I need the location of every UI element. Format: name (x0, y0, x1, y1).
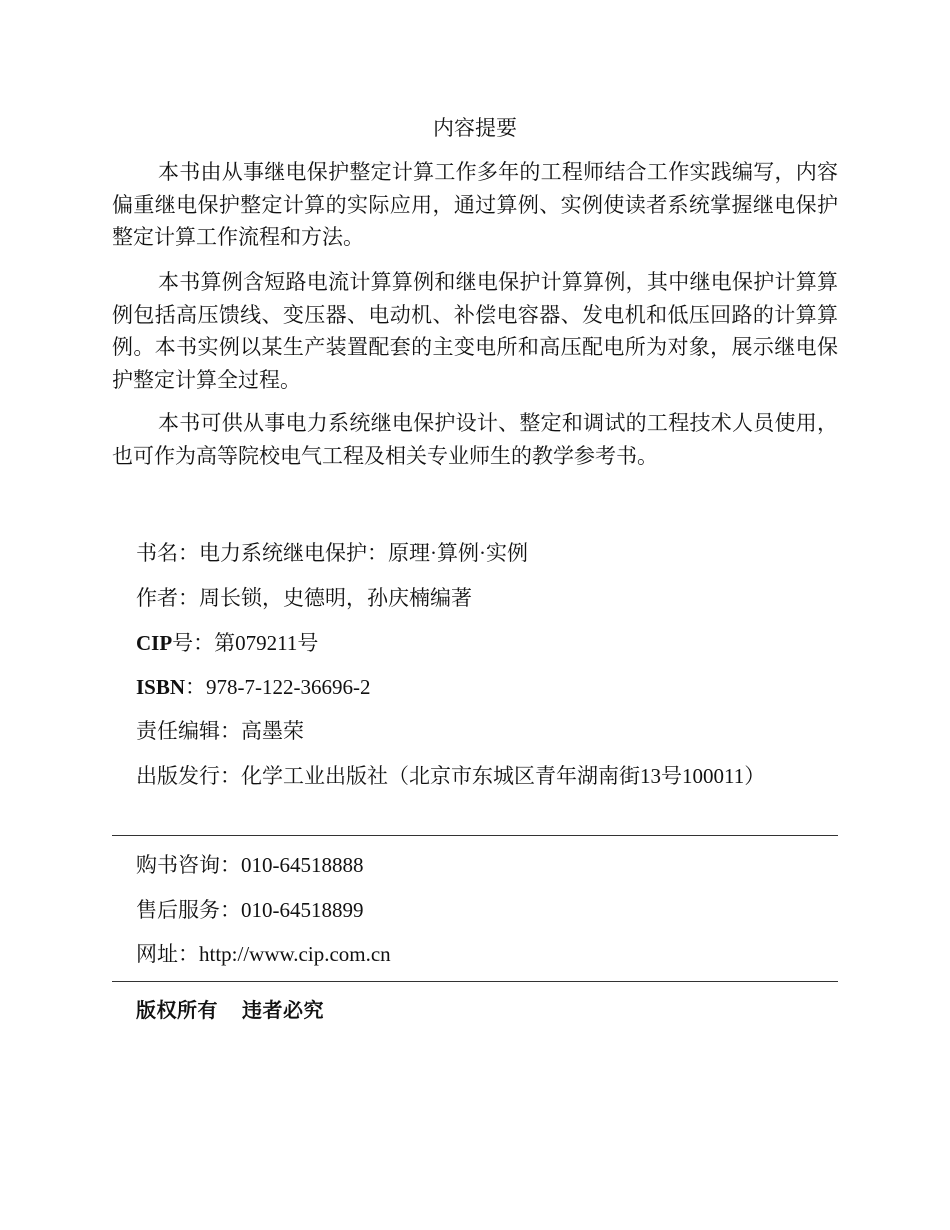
editor-label: 责任编辑： (136, 719, 241, 743)
purchase-row: 购书咨询：010-64518888 (136, 850, 364, 880)
publisher-row: 出版发行：化学工业出版社（北京市东城区青年湖南街13号100011） (112, 761, 838, 791)
summary-paragraph-3: 本书可供从事电力系统继电保护设计、整定和调试的工程技术人员使用，也可作为高等院校… (112, 407, 838, 472)
book-title-value: 电力系统继电保护：原理·算例·实例 (199, 541, 528, 565)
book-title-label: 书名： (136, 541, 199, 565)
editor-row: 责任编辑：高墨荣 (136, 716, 304, 746)
isbn-suffix: ： (185, 675, 206, 699)
service-row: 售后服务：010-64518899 (136, 895, 364, 925)
cip-row: CIP号：第079211号 (136, 628, 318, 658)
copyright-part-2: 违者必究 (242, 998, 324, 1022)
editor-value: 高墨荣 (241, 719, 304, 743)
divider-top (112, 835, 838, 836)
author-value: 周长锁，史德明，孙庆楠编著 (199, 586, 472, 610)
book-title-row: 书名：电力系统继电保护：原理·算例·实例 (136, 538, 528, 568)
service-value: 010-64518899 (241, 898, 364, 922)
summary-paragraph-2: 本书算例含短路电流计算算例和继电保护计算算例，其中继电保护计算算例包括高压馈线、… (112, 266, 838, 396)
summary-paragraph-1: 本书由从事继电保护整定计算工作多年的工程师结合工作实践编写，内容偏重继电保护整定… (112, 156, 838, 254)
divider-bottom (112, 981, 838, 982)
cip-value: 第079211号 (214, 631, 318, 655)
purchase-label: 购书咨询： (136, 853, 241, 877)
purchase-value: 010-64518888 (241, 853, 364, 877)
author-label: 作者： (136, 586, 199, 610)
isbn-value: 978-7-122-36696-2 (206, 675, 370, 699)
cip-suffix: 号： (172, 631, 214, 655)
website-link[interactable]: http://www.cip.com.cn (199, 942, 391, 966)
website-label: 网址： (136, 942, 199, 966)
copyright-part-1: 版权所有 (136, 998, 218, 1022)
isbn-row: ISBN：978-7-122-36696-2 (136, 672, 371, 702)
website-row: 网址：http://www.cip.com.cn (136, 939, 391, 969)
cip-label: CIP (136, 631, 172, 655)
copyright-notice: 版权所有违者必究 (136, 995, 348, 1025)
service-label: 售后服务： (136, 898, 241, 922)
publisher-value: 化学工业出版社（北京市东城区青年湖南街13号100011） (241, 764, 765, 788)
isbn-label: ISBN (136, 675, 185, 699)
publisher-label: 出版发行： (136, 764, 241, 788)
author-row: 作者：周长锁，史德明，孙庆楠编著 (136, 583, 472, 613)
summary-title: 内容提要 (112, 113, 838, 143)
